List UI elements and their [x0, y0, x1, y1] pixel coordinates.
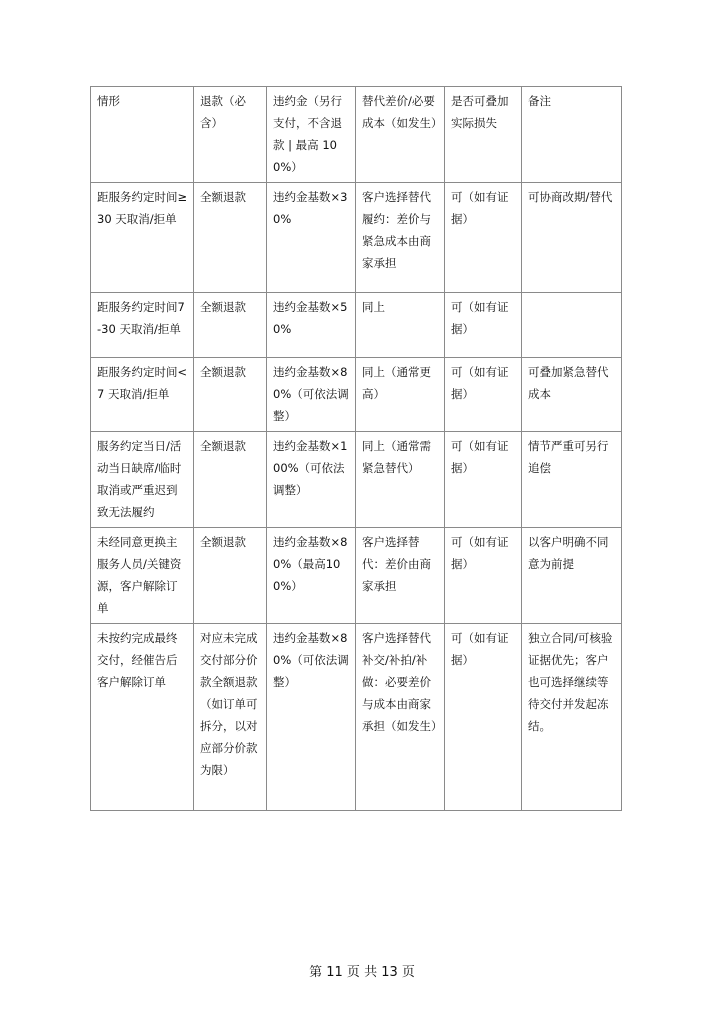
penalty-table: 情形 退款（必含） 违约金（另行支付，不含退款 | 最高 100%） 替代差价/… [90, 86, 622, 811]
cell-situation: 距服务约定时间7-30 天取消/拒单 [91, 293, 194, 358]
cell-situation: 距服务约定时间<7 天取消/拒单 [91, 358, 194, 432]
header-cell-refund: 退款（必含） [194, 87, 267, 183]
header-cell-notes: 备注 [522, 87, 622, 183]
cell-refund: 全额退款 [194, 432, 267, 528]
cell-penalty: 违约金基数×100%（可依法调整） [267, 432, 356, 528]
cell-refund: 全额退款 [194, 358, 267, 432]
header-cell-substitute-cost: 替代差价/必要成本（如发生） [356, 87, 445, 183]
cell-penalty: 违约金基数×80%（最高100%） [267, 528, 356, 624]
cell-substitute-cost: 同上（通常更高） [356, 358, 445, 432]
cell-substitute-cost: 同上（通常需紧急替代） [356, 432, 445, 528]
cell-refund: 全额退款 [194, 293, 267, 358]
cell-refund: 对应未完成交付部分价款全额退款（如订单可拆分，以对应部分价款为限） [194, 624, 267, 811]
header-cell-stackable-loss: 是否可叠加实际损失 [445, 87, 522, 183]
cell-situation: 未经同意更换主服务人员/关键资源，客户解除订单 [91, 528, 194, 624]
cell-refund: 全额退款 [194, 183, 267, 293]
cell-penalty: 违约金基数×30% [267, 183, 356, 293]
table-row: 距服务约定时间≥30 天取消/拒单 全额退款 违约金基数×30% 客户选择替代履… [91, 183, 622, 293]
cell-stackable-loss: 可（如有证据） [445, 358, 522, 432]
cell-notes: 情节严重可另行追偿 [522, 432, 622, 528]
table-row: 距服务约定时间<7 天取消/拒单 全额退款 违约金基数×80%（可依法调整） 同… [91, 358, 622, 432]
cell-notes: 独立合同/可核验证据优先；客户也可选择继续等待交付并发起冻结。 [522, 624, 622, 811]
cell-stackable-loss: 可（如有证据） [445, 293, 522, 358]
cell-situation: 服务约定当日/活动当日缺席/临时取消或严重迟到致无法履约 [91, 432, 194, 528]
cell-substitute-cost: 同上 [356, 293, 445, 358]
cell-substitute-cost: 客户选择替代补交/补拍/补做：必要差价与成本由商家承担（如发生） [356, 624, 445, 811]
header-cell-penalty: 违约金（另行支付，不含退款 | 最高 100%） [267, 87, 356, 183]
table-row: 未经同意更换主服务人员/关键资源，客户解除订单 全额退款 违约金基数×80%（最… [91, 528, 622, 624]
table-row: 距服务约定时间7-30 天取消/拒单 全额退款 违约金基数×50% 同上 可（如… [91, 293, 622, 358]
cell-stackable-loss: 可（如有证据） [445, 624, 522, 811]
cell-situation: 未按约完成最终交付，经催告后客户解除订单 [91, 624, 194, 811]
page-number-footer: 第 11 页 共 13 页 [0, 961, 724, 980]
cell-stackable-loss: 可（如有证据） [445, 432, 522, 528]
cell-penalty: 违约金基数×80%（可依法调整） [267, 624, 356, 811]
table-header-row: 情形 退款（必含） 违约金（另行支付，不含退款 | 最高 100%） 替代差价/… [91, 87, 622, 183]
cell-notes: 以客户明确不同意为前提 [522, 528, 622, 624]
table-row: 未按约完成最终交付，经催告后客户解除订单 对应未完成交付部分价款全额退款（如订单… [91, 624, 622, 811]
cell-penalty: 违约金基数×50% [267, 293, 356, 358]
table-row: 服务约定当日/活动当日缺席/临时取消或严重迟到致无法履约 全额退款 违约金基数×… [91, 432, 622, 528]
cell-refund: 全额退款 [194, 528, 267, 624]
cell-notes: 可叠加紧急替代成本 [522, 358, 622, 432]
cell-stackable-loss: 可（如有证据） [445, 183, 522, 293]
cell-notes [522, 293, 622, 358]
cell-substitute-cost: 客户选择替代：差价由商家承担 [356, 528, 445, 624]
cell-penalty: 违约金基数×80%（可依法调整） [267, 358, 356, 432]
cell-notes: 可协商改期/替代 [522, 183, 622, 293]
document-page: 情形 退款（必含） 违约金（另行支付，不含退款 | 最高 100%） 替代差价/… [0, 0, 724, 1024]
header-cell-situation: 情形 [91, 87, 194, 183]
cell-substitute-cost: 客户选择替代履约：差价与紧急成本由商家承担 [356, 183, 445, 293]
cell-stackable-loss: 可（如有证据） [445, 528, 522, 624]
cell-situation: 距服务约定时间≥30 天取消/拒单 [91, 183, 194, 293]
